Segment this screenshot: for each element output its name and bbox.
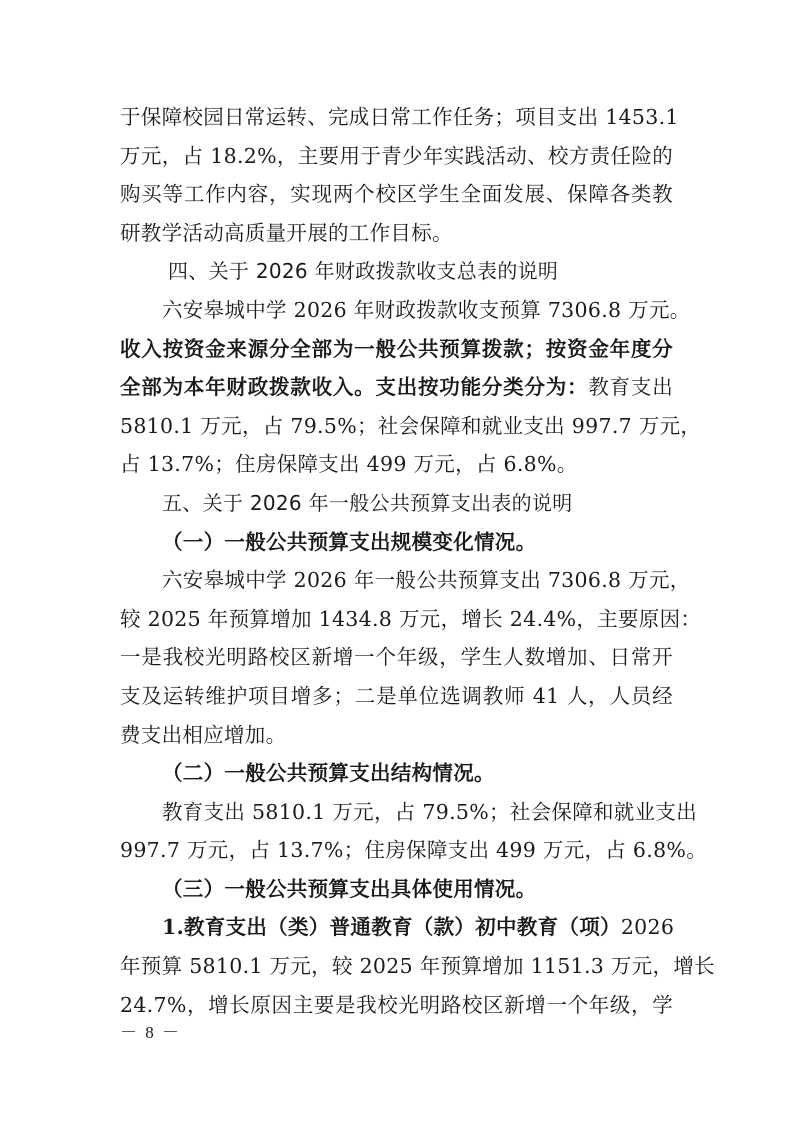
subsection-heading-2: （二）一般公共预算支出结构情况。 [120, 754, 673, 793]
paragraph-line: 较 2025 年预算增加 1434.8 万元，增长 24.4%，主要原因： [120, 600, 673, 639]
page-number: － 8 － [120, 1018, 181, 1043]
paragraph-line: 一是我校光明路校区新增一个年级，学生人数增加、日常开 [120, 638, 673, 677]
paragraph-line: 购买等工作内容，实现两个校区学生全面发展、保障各类教 [120, 175, 673, 214]
paragraph-line: 万元，占 18.2%，主要用于青少年实践活动、校方责任险的 [120, 137, 673, 176]
bold-text: 1.教育支出（类）普通教育（款）初中教育（项） [162, 915, 621, 939]
normal-text: 教育支出 [588, 375, 673, 399]
section-heading-4: 四、关于 2026 年财政拨款收支总表的说明 [120, 252, 673, 291]
section-heading-5: 五、关于 2026 年一般公共预算支出表的说明 [120, 484, 673, 523]
paragraph-line: 占 13.7%；住房保障支出 499 万元，占 6.8%。 [120, 445, 673, 484]
paragraph-line-bold: 收入按资金来源分全部为一般公共预算拨款；按资金年度分 [120, 330, 673, 369]
paragraph-line: 费支出相应增加。 [120, 716, 673, 755]
paragraph-line: 997.7 万元，占 13.7%；住房保障支出 499 万元，占 6.8%。 [120, 831, 673, 870]
paragraph-line: 教育支出 5810.1 万元，占 79.5%；社会保障和就业支出 [120, 793, 673, 832]
paragraph-line: 24.7%，增长原因主要是我校光明路校区新增一个年级，学 [120, 986, 673, 1025]
subsection-heading-1: （一）一般公共预算支出规模变化情况。 [120, 523, 673, 562]
bold-text: 全部为本年财政拨款收入。支出按功能分类分为： [120, 375, 588, 399]
paragraph-line: 支及运转维护项目增多；二是单位选调教师 41 人，人员经 [120, 677, 673, 716]
paragraph-line: 于保障校园日常运转、完成日常工作任务；项目支出 1453.1 [120, 98, 673, 137]
paragraph-line: 年预算 5810.1 万元，较 2025 年预算增加 1151.3 万元，增长 [120, 947, 673, 986]
paragraph-line-mixed: 1.教育支出（类）普通教育（款）初中教育（项）2026 [120, 908, 673, 947]
normal-text: 2026 [621, 915, 674, 939]
paragraph-line: 六安皋城中学 2026 年财政拨款收支预算 7306.8 万元。 [120, 291, 673, 330]
paragraph-line: 5810.1 万元，占 79.5%；社会保障和就业支出 997.7 万元， [120, 407, 673, 446]
paragraph-line: 研教学活动高质量开展的工作目标。 [120, 214, 673, 253]
paragraph-line-mixed: 全部为本年财政拨款收入。支出按功能分类分为：教育支出 [120, 368, 673, 407]
document-page: 于保障校园日常运转、完成日常工作任务；项目支出 1453.1 万元，占 18.2… [120, 98, 673, 1024]
paragraph-line: 六安皋城中学 2026 年一般公共预算支出 7306.8 万元， [120, 561, 673, 600]
subsection-heading-3: （三）一般公共预算支出具体使用情况。 [120, 870, 673, 909]
